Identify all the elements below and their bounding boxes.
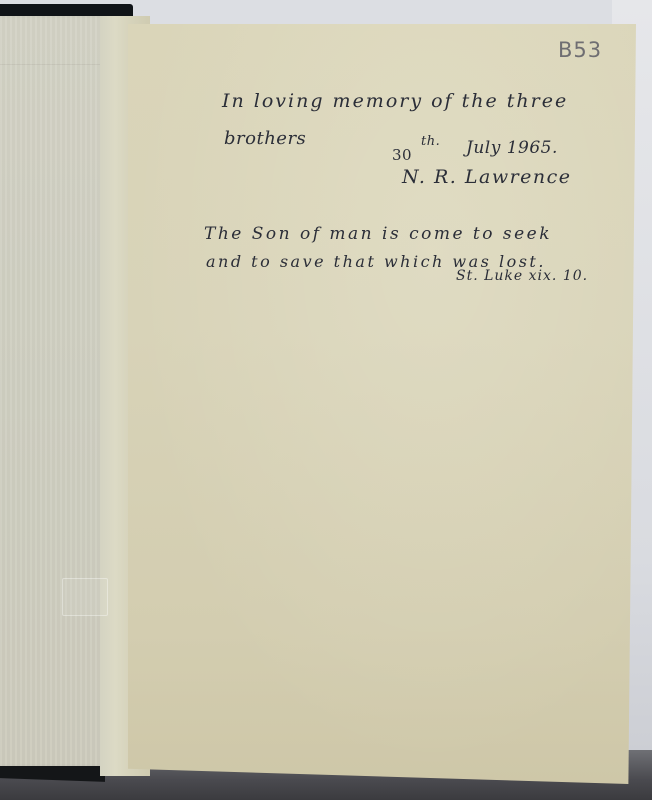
catalog-mark: B53: [558, 38, 602, 62]
inscription-date: July 1965.: [466, 138, 558, 158]
quotation-citation: St. Luke xix. 10.: [456, 268, 588, 284]
inscription-date-day: 30: [392, 146, 412, 164]
inscription-signature: N. R. Lawrence: [402, 166, 572, 188]
quotation-line-1: The Son of man is come to seek: [204, 224, 552, 244]
inscription-line-2: brothers: [224, 128, 306, 149]
flyleaf-page: [128, 24, 636, 784]
inscription-line-1: In loving memory of the three: [222, 90, 568, 112]
repair-patch: [62, 578, 108, 616]
inscription-date-suffix: th.: [421, 134, 440, 149]
